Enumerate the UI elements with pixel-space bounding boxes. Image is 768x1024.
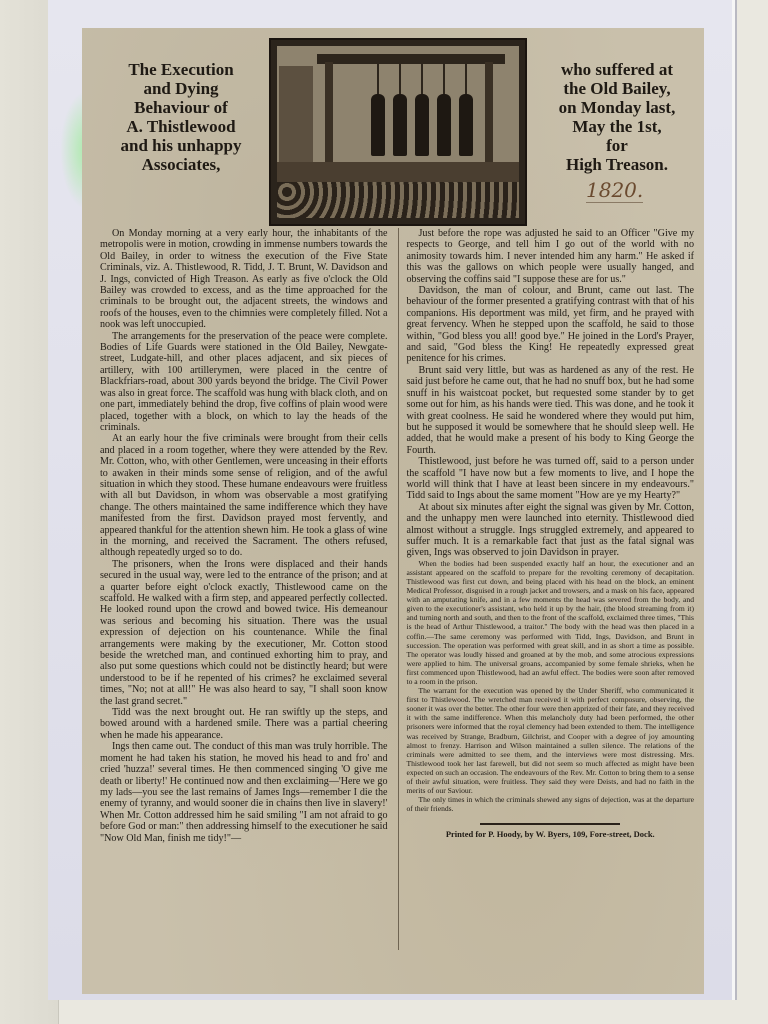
booth-figures [279, 66, 313, 162]
headline-line: May the 1st, [522, 117, 712, 136]
paragraph: Just before the rope was adjusted he sai… [407, 228, 695, 285]
headline-line: who suffered at [522, 60, 712, 79]
printer-imprint: Printed for P. Hoody, by W. Byers, 109, … [407, 829, 695, 840]
gallows-post [485, 62, 493, 162]
crowd [277, 182, 519, 218]
headline-line: for [522, 136, 712, 155]
headline-line: Associates, [92, 155, 270, 174]
hanged-figure [437, 94, 451, 156]
article-body: On Monday morning at a very early hour, … [100, 228, 694, 950]
divider-rule [480, 823, 620, 825]
paragraph: When the bodies had been suspended exact… [407, 559, 695, 686]
headline-line: High Treason. [522, 155, 712, 174]
rope [377, 62, 379, 96]
headline-right: who suffered at the Old Bailey, on Monda… [522, 60, 712, 174]
hanged-figure [415, 94, 429, 156]
rope [465, 62, 467, 96]
column-right: Just before the rope was adjusted he sai… [398, 228, 695, 950]
rope [421, 62, 423, 96]
paragraph: At about six minutes after eight the sig… [407, 502, 695, 559]
paragraph: The warrant for the execution was opened… [407, 686, 695, 795]
hanged-figure [371, 94, 385, 156]
paragraph: The only times in which the criminals sh… [407, 795, 695, 813]
gallows-beam [317, 54, 505, 64]
headline-line: Behaviour of [92, 98, 270, 117]
hanged-figure [459, 94, 473, 156]
paragraph: Thistlewood, just before he was turned o… [407, 456, 695, 502]
small-print-section: When the bodies had been suspended exact… [407, 559, 695, 814]
paragraph: The arrangements for the preservation of… [100, 331, 388, 434]
headline-line: on Monday last, [522, 98, 712, 117]
headline-line: the Old Bailey, [522, 79, 712, 98]
paragraph: At an early hour the five criminals were… [100, 433, 388, 558]
column-left: On Monday morning at a very early hour, … [100, 228, 388, 950]
paragraph: Davidson, the man of colour, and Brunt, … [407, 285, 695, 365]
rope [399, 62, 401, 96]
scaffold-platform [277, 162, 519, 182]
headline-line: and Dying [92, 79, 270, 98]
paragraph: Tidd was the next brought out. He ran sw… [100, 707, 388, 741]
rope [443, 62, 445, 96]
woodcut-illustration [269, 38, 527, 226]
paragraph: Ings then came out. The conduct of this … [100, 741, 388, 844]
headline-line: The Execution [92, 60, 270, 79]
hanged-figure [393, 94, 407, 156]
paragraph: Brunt said very little, but was as harde… [407, 365, 695, 456]
broadside-page: The Execution and Dying Behaviour of A. … [82, 28, 704, 994]
handwritten-year: 1820. [586, 178, 643, 203]
gallows-post [325, 62, 333, 162]
paragraph: On Monday morning at a very early hour, … [100, 228, 388, 331]
paragraph: The prisoners, when the Irons were displ… [100, 559, 388, 707]
headline-line: A. Thistlewood [92, 117, 270, 136]
headline-line: and his unhappy [92, 136, 270, 155]
headline-left: The Execution and Dying Behaviour of A. … [92, 60, 270, 174]
